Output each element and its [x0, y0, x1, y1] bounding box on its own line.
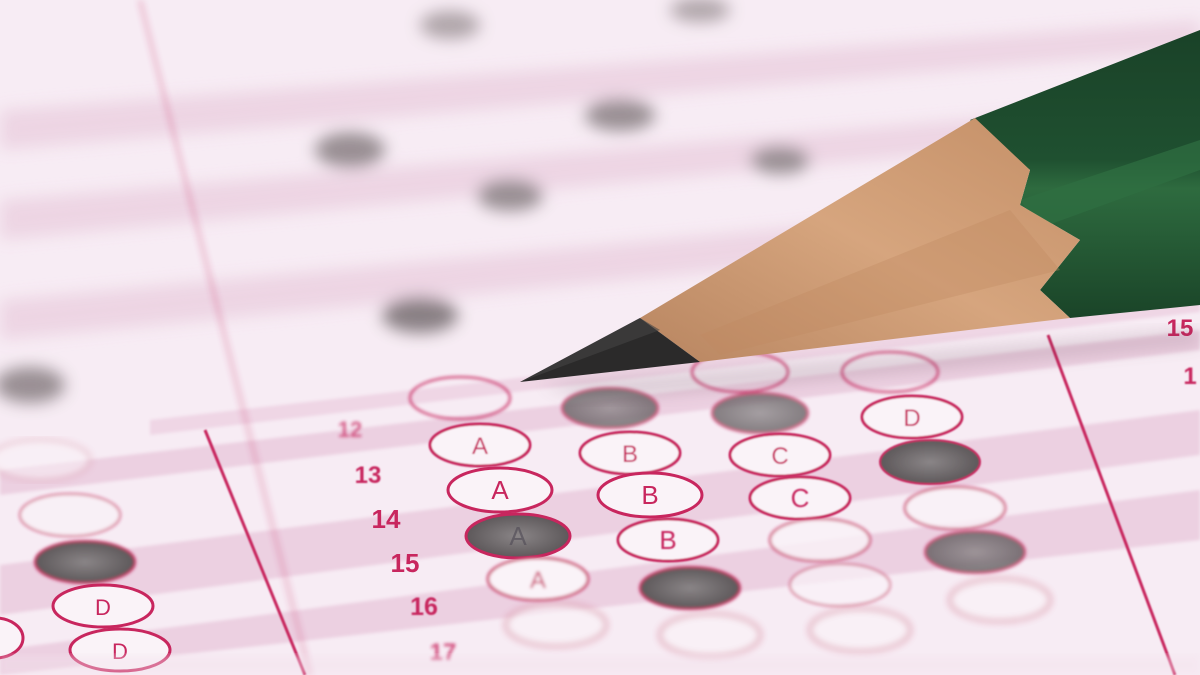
svg-text:B: B [641, 480, 658, 510]
svg-text:B: B [622, 441, 638, 468]
svg-text:D: D [95, 595, 111, 620]
svg-text:D: D [903, 405, 920, 432]
svg-text:C: C [771, 443, 788, 470]
row-number-14: 14 [372, 504, 401, 534]
svg-text:A: A [530, 567, 546, 594]
photo-scene: 12 13 14 15 16 17 15 1 A B C D [0, 0, 1200, 675]
svg-text:A: A [509, 521, 527, 551]
row-number-right-2: 1 [1183, 363, 1196, 390]
answer-sheet-photo: 12 13 14 15 16 17 15 1 A B C D [0, 0, 1200, 675]
row-number-15: 15 [391, 548, 420, 578]
svg-text:A: A [491, 475, 509, 505]
row-number-13: 13 [355, 462, 382, 489]
svg-text:C: C [791, 483, 810, 513]
row-number-12: 12 [338, 417, 362, 442]
svg-text:B: B [659, 525, 676, 555]
row-number-16: 16 [410, 593, 438, 621]
svg-text:A: A [472, 433, 488, 460]
